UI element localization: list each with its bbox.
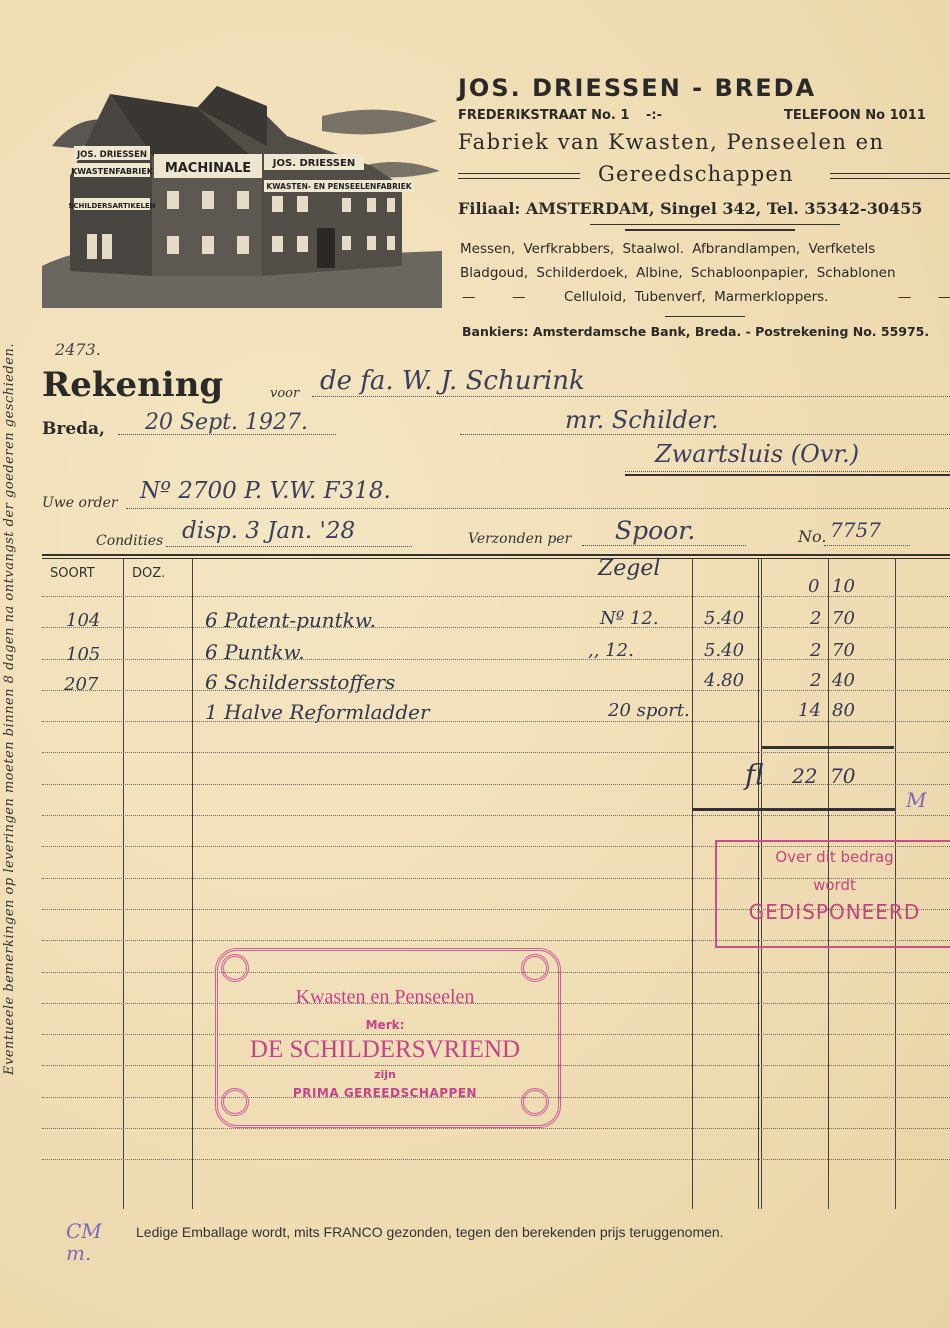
invoice-title: Rekening xyxy=(42,365,223,405)
brand-line-2: Merk: xyxy=(215,1018,555,1032)
row-1-description: 6 Patent-puntkw. xyxy=(205,608,376,632)
order-value[interactable]: Nº 2700 P. V.W. F318. xyxy=(140,478,391,504)
row-0-cents: 10 xyxy=(832,576,855,597)
side-note: Eventueele bemerkingen op leveringen moe… xyxy=(2,343,17,1075)
street-address: FREDERIKSTRAAT No. 1 xyxy=(458,108,629,123)
customer-city[interactable]: Zwartsluis (Ovr.) xyxy=(655,440,859,468)
ruled-line xyxy=(42,721,950,722)
row-1-guilders: 2 xyxy=(810,608,821,629)
chain-ring xyxy=(521,954,549,982)
row-3-cents: 40 xyxy=(832,670,855,691)
violet-initials: M xyxy=(906,788,926,812)
tagline-line2: Gereedschappen xyxy=(458,162,950,190)
firm-name: JOS. DRIESSEN - BREDA xyxy=(458,74,816,102)
row-3-soort: 207 xyxy=(64,674,98,695)
brand-line-4: zijn xyxy=(215,1068,555,1081)
svg-text:KWASTENFABRIEK: KWASTENFABRIEK xyxy=(71,167,154,176)
products-text: Celluloid, Tubenverf, Marmerkloppers. xyxy=(564,289,828,305)
table-top-rule xyxy=(42,554,950,556)
row-1-cents: 70 xyxy=(832,608,855,629)
ruled-line xyxy=(42,752,950,753)
dash: — xyxy=(462,289,476,305)
voor-label: voor xyxy=(270,386,299,401)
payment-stamp: Over dit bedrag wordt GEDISPONEERD xyxy=(715,840,950,948)
underline xyxy=(625,474,950,476)
row-2-soort: 105 xyxy=(66,644,100,665)
row-4-guilders: 14 xyxy=(798,700,821,721)
brand-name: DE SCHILDERSVRIEND xyxy=(215,1036,555,1064)
ruled-line xyxy=(42,1128,950,1129)
divider xyxy=(665,316,745,317)
bankers-info: Bankiers: Amsterdamsche Bank, Breda. - P… xyxy=(462,324,929,339)
double-rule xyxy=(458,173,580,179)
double-rule xyxy=(830,173,950,179)
row-0-guilders: 0 xyxy=(808,576,819,597)
divider xyxy=(590,224,840,225)
dotted-line xyxy=(126,508,950,509)
row-4-description: 1 Halve Reformladder xyxy=(205,700,430,724)
conditions-label: Condities xyxy=(96,533,163,549)
row-3-guilders: 2 xyxy=(810,670,821,691)
divider xyxy=(625,229,795,231)
ruled-line xyxy=(42,815,950,816)
customer-name[interactable]: de fa. W. J. Schurink xyxy=(320,366,585,396)
address-line: FREDERIKSTRAAT No. 1 -:- TELEFOON No 101… xyxy=(458,108,629,123)
svg-text:JOS. DRIESSEN: JOS. DRIESSEN xyxy=(76,150,147,160)
chain-ring xyxy=(221,954,249,982)
dash: — xyxy=(512,289,526,305)
row-4-note: 20 sport. xyxy=(608,700,690,721)
column-divider xyxy=(692,559,693,1209)
row-1-note: Nº 12. xyxy=(600,608,659,629)
ruled-line xyxy=(42,1159,950,1160)
stamp-line-1: Over dit bedrag xyxy=(717,848,950,866)
conditions-value[interactable]: disp. 3 Jan. '28 xyxy=(182,518,355,544)
ref-number: 2473. xyxy=(55,340,101,359)
total-rule xyxy=(692,808,895,811)
row-3-price: 4.80 xyxy=(704,670,744,691)
tagline: Fabriek van Kwasten, Penseelen en xyxy=(458,130,885,154)
brand-stamp: Kwasten en Penseelen Merk: DE SCHILDERSV… xyxy=(215,948,555,1122)
products-line-2: Bladgoud, Schilderdoek, Albine, Schabloo… xyxy=(460,265,896,281)
column-divider xyxy=(123,559,124,1209)
dotted-line xyxy=(312,396,950,397)
shipment-number[interactable]: 7757 xyxy=(830,518,881,542)
row-2-note: ,, 12. xyxy=(588,640,634,661)
column-header-doz: DOZ. xyxy=(132,566,165,581)
stamp-line-2: wordt xyxy=(717,876,950,894)
row-1-soort: 104 xyxy=(66,610,100,631)
total-cents: 70 xyxy=(830,764,855,788)
branch-office: Filiaal: AMSTERDAM, Singel 342, Tel. 353… xyxy=(458,199,922,218)
dotted-line xyxy=(625,471,950,472)
dotted-line xyxy=(824,545,910,546)
place-label: Breda, xyxy=(42,419,105,439)
dotted-line xyxy=(582,545,746,546)
svg-text:JOS. DRIESSEN: JOS. DRIESSEN xyxy=(272,158,355,169)
brand-line-1: Kwasten en Penseelen xyxy=(215,986,555,1009)
invoice-date[interactable]: 20 Sept. 1927. xyxy=(145,410,308,435)
row-1-price: 5.40 xyxy=(704,608,744,629)
svg-text:MACHINALE: MACHINALE xyxy=(165,161,251,176)
row-0-note: Zegel xyxy=(598,556,660,581)
subtotal-rule xyxy=(762,746,894,749)
total-guilders: 22 xyxy=(792,764,817,788)
row-3-description: 6 Schildersstoffers xyxy=(205,670,395,694)
telephone: TELEFOON No 1011 xyxy=(784,108,926,123)
customer-line-2[interactable]: mr. Schilder. xyxy=(565,406,719,434)
separator: -:- xyxy=(646,108,662,123)
margin-initials: CM m. xyxy=(66,1220,96,1264)
dash: — xyxy=(938,289,950,305)
dotted-line xyxy=(166,546,412,547)
order-label: Uwe order xyxy=(42,495,118,511)
dash: — xyxy=(898,289,912,305)
no-label: No. xyxy=(798,527,826,546)
svg-text:SCHILDERSARTIKELEN: SCHILDERSARTIKELEN xyxy=(68,202,155,210)
table-top-rule xyxy=(42,558,950,559)
row-2-cents: 70 xyxy=(832,640,855,661)
products-line-1: Messen, Verfkrabbers, Staalwol. Afbrandl… xyxy=(460,241,875,257)
footer-note: Ledige Emballage wordt, mits FRANCO gezo… xyxy=(136,1224,724,1240)
dotted-line xyxy=(460,434,950,435)
shipped-value[interactable]: Spoor. xyxy=(615,516,695,545)
brand-line-5: PRIMA GEREEDSCHAPPEN xyxy=(215,1086,555,1100)
gereedschappen-text: Gereedschappen xyxy=(598,162,794,186)
shipped-label: Verzonden per xyxy=(468,531,571,547)
column-header-soort: SOORT xyxy=(50,566,95,581)
factory-illustration: JOS. DRIESSEN KWASTENFABRIEK SCHILDERSAR… xyxy=(42,86,442,308)
total-prefix: fl xyxy=(745,758,764,791)
row-2-price: 5.40 xyxy=(704,640,744,661)
column-divider xyxy=(192,559,193,1209)
stamp-line-3: GEDISPONEERD xyxy=(717,900,950,924)
row-2-guilders: 2 xyxy=(810,640,821,661)
row-4-cents: 80 xyxy=(832,700,855,721)
svg-text:KWASTEN- EN PENSEELENFABRIEK: KWASTEN- EN PENSEELENFABRIEK xyxy=(266,182,412,191)
row-2-description: 6 Puntkw. xyxy=(205,640,305,664)
